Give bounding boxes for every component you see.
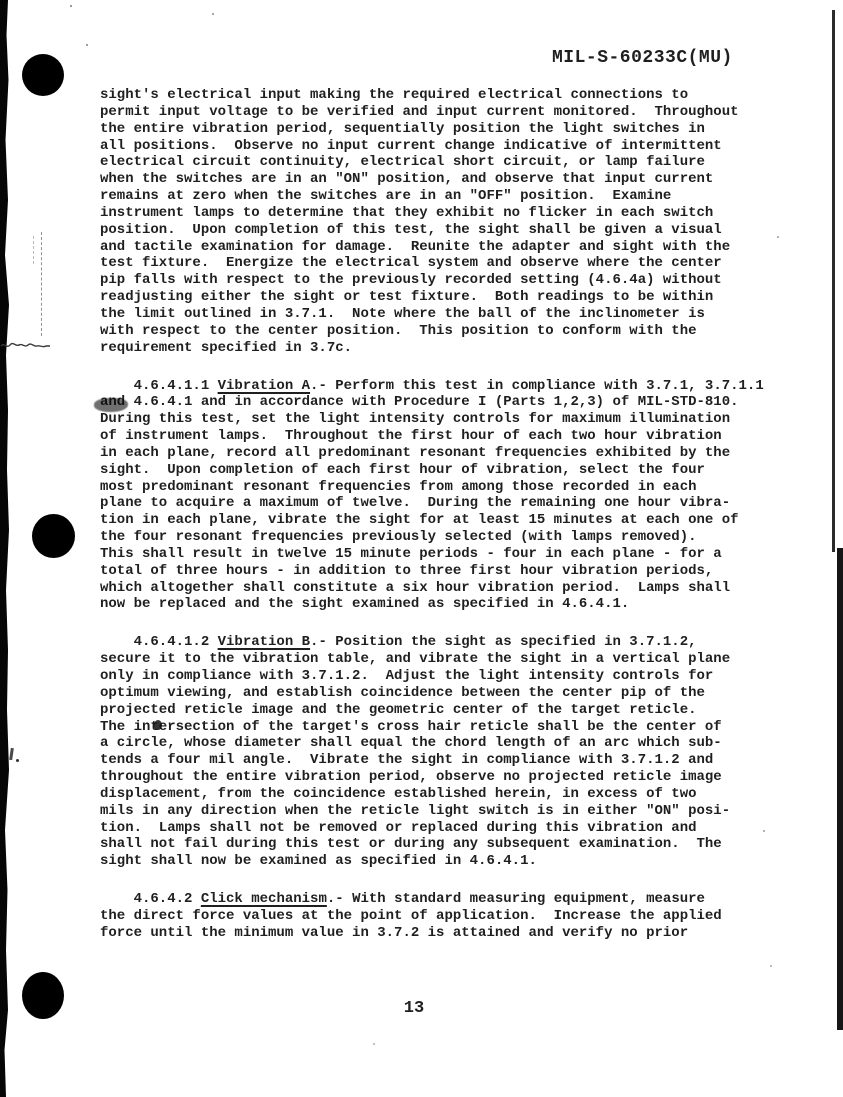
text-line: This shall result in twelve 15 minute pe…	[100, 546, 764, 563]
section-title: Vibration A	[218, 378, 310, 394]
text-line: sight's electrical input making the requ…	[100, 87, 764, 104]
text-line: and tactile examination for damage. Reun…	[100, 239, 764, 256]
text-line: secure it to the vibration table, and vi…	[100, 651, 764, 668]
text-line: and 4.6.4.1 and in accordance with Proce…	[100, 394, 764, 411]
text-line: test fixture. Energize the electrical sy…	[100, 255, 764, 272]
text-line: now be replaced and the sight examined a…	[100, 596, 764, 613]
left-edge-scan-band	[0, 0, 12, 1097]
text-line: projected reticle image and the geometri…	[100, 702, 764, 719]
text-line: pip falls with respect to the previously…	[100, 272, 764, 289]
text-line: position. Upon completion of this test, …	[100, 222, 764, 239]
text-line: the entire vibration period, sequentiall…	[100, 121, 764, 138]
text-line: only in compliance with 3.7.1.2. Adjust …	[100, 668, 764, 685]
document-id-header: MIL-S-60233C(MU)	[552, 48, 733, 68]
paragraph: 4.6.4.1.1 Vibration A.- Perform this tes…	[100, 378, 764, 614]
text-line: with respect to the center position. Thi…	[100, 323, 764, 340]
text-line: electrical circuit continuity, electrica…	[100, 154, 764, 171]
pencil-dash-marks	[33, 236, 34, 264]
text-line: During this test, set the light intensit…	[100, 411, 764, 428]
text-line: in each plane, record all predominant re…	[100, 445, 764, 462]
text-line: remains at zero when the switches are in…	[100, 188, 764, 205]
text-line: requirement specified in 3.7c.	[100, 340, 764, 357]
hole-punch-mark	[22, 54, 64, 96]
paragraph: sight's electrical input making the requ…	[100, 87, 764, 357]
text-line: shall not fail during this test or durin…	[100, 836, 764, 853]
text-line: 4.6.4.1.2 Vibration B.- Position the sig…	[100, 634, 764, 651]
page-number: 13	[0, 999, 828, 1018]
text-line: which altogether shall constitute a six …	[100, 580, 764, 597]
scanned-page: MIL-S-60233C(MU) sight's electrical inpu…	[0, 0, 843, 1097]
text-line: most predominant resonant frequencies fr…	[100, 479, 764, 496]
paragraph: 4.6.4.2 Click mechanism.- With standard …	[100, 891, 764, 942]
text-line: all positions. Observe no input current …	[100, 138, 764, 155]
text-line: when the switches are in an "ON" positio…	[100, 171, 764, 188]
text-line: The intersection of the target's cross h…	[100, 719, 764, 736]
text-line: of instrument lamps. Throughout the firs…	[100, 428, 764, 445]
paragraph: 4.6.4.1.2 Vibration B.- Position the sig…	[100, 634, 764, 870]
ink-smudge-over-and	[94, 398, 128, 412]
text-line: readjusting either the sight or test fix…	[100, 289, 764, 306]
text-line: the limit outlined in 3.7.1. Note where …	[100, 306, 764, 323]
text-line: tion. Lamps shall not be removed or repl…	[100, 820, 764, 837]
text-line: mils in any direction when the reticle l…	[100, 803, 764, 820]
text-line: sight shall now be examined as specified…	[100, 853, 764, 870]
squiggle-pen-mark	[0, 337, 52, 353]
stray-ink-mark	[9, 748, 14, 760]
section-title: Click mechanism	[201, 891, 327, 907]
text-line: sight. Upon completion of each first hou…	[100, 462, 764, 479]
hole-punch-mark	[32, 514, 75, 558]
section-title: Vibration B	[218, 634, 310, 650]
text-line: tends a four mil angle. Vibrate the sigh…	[100, 752, 764, 769]
text-line: total of three hours - in addition to th…	[100, 563, 764, 580]
right-edge-scan-line	[837, 548, 843, 1030]
pencil-dash-marks	[41, 232, 42, 336]
document-body: sight's electrical input making the requ…	[100, 87, 764, 942]
text-line: the four resonant frequencies previously…	[100, 529, 764, 546]
text-line: displacement, from the coincidence estab…	[100, 786, 764, 803]
scan-specks	[0, 0, 2, 2]
text-line: plane to acquire a maximum of twelve. Du…	[100, 495, 764, 512]
text-line: 4.6.4.2 Click mechanism.- With standard …	[100, 891, 764, 908]
text-line: instrument lamps to determine that they …	[100, 205, 764, 222]
text-line: force until the minimum value in 3.7.2 i…	[100, 925, 764, 942]
text-line: tion in each plane, vibrate the sight fo…	[100, 512, 764, 529]
text-line: 4.6.4.1.1 Vibration A.- Perform this tes…	[100, 378, 764, 395]
text-line: optimum viewing, and establish coinciden…	[100, 685, 764, 702]
text-line: throughout the entire vibration period, …	[100, 769, 764, 786]
text-line: the direct force values at the point of …	[100, 908, 764, 925]
ink-blob-over-intersection	[154, 720, 162, 730]
stray-ink-mark	[16, 759, 19, 762]
text-line: a circle, whose diameter shall equal the…	[100, 735, 764, 752]
text-line: permit input voltage to be verified and …	[100, 104, 764, 121]
right-edge-scan-line	[832, 10, 835, 552]
